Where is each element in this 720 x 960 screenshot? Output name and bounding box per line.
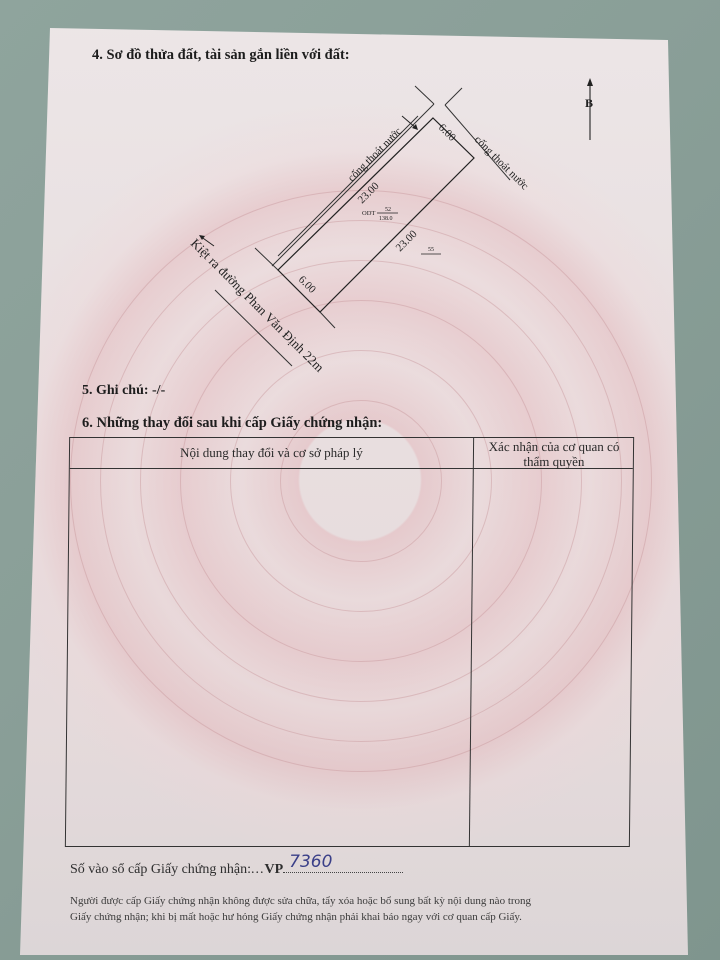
registry-prefix: VP: [265, 862, 284, 877]
svg-text:ODT: ODT: [362, 210, 375, 217]
svg-text:55: 55: [428, 247, 434, 253]
svg-text:23.00: 23.00: [356, 180, 382, 206]
svg-text:B: B: [585, 96, 593, 110]
north-arrow-icon: B: [585, 78, 593, 140]
registry-line: Số vào sổ cấp Giấy chứng nhận:...VP7360: [70, 860, 403, 878]
registry-number: 7360: [289, 852, 332, 872]
svg-text:52: 52: [385, 207, 391, 213]
change-content-cell[interactable]: [66, 469, 473, 846]
column-header-authority-confirmation: Xác nhận của cơ quan có thẩm quyền: [478, 439, 630, 469]
certificate-page: 4. Sơ đồ thửa đất, tài sản gắn liền với …: [0, 0, 720, 960]
authority-confirmation-cell[interactable]: [470, 469, 633, 846]
plot-diagram: B cống thoát nước cống thoát nước 6.00 6…: [0, 0, 720, 400]
section6-heading: 6. Những thay đổi sau khi cấp Giấy chứng…: [82, 415, 382, 432]
svg-text:138.0: 138.0: [379, 216, 393, 222]
column-header-change-content: Nội dung thay đổi và cơ sở pháp lý: [70, 445, 473, 460]
svg-text:23.00: 23.00: [394, 228, 420, 254]
svg-text:Kiệt ra đường Phan Văn Định 22: Kiệt ra đường Phan Văn Định 22m: [188, 236, 327, 375]
registry-label: Số vào sổ cấp Giấy chứng nhận:: [70, 862, 251, 877]
svg-text:6.00: 6.00: [296, 274, 318, 296]
svg-text:cống thoát nước: cống thoát nước: [472, 134, 531, 193]
section5-heading: 5. Ghi chú: -/-: [82, 383, 165, 399]
notice-line-2: Giấy chứng nhận; khi bị mất hoặc hư hỏng…: [70, 908, 522, 926]
svg-text:6.00: 6.00: [436, 122, 458, 144]
changes-table: Nội dung thay đổi và cơ sở pháp lý Xác n…: [65, 437, 634, 847]
